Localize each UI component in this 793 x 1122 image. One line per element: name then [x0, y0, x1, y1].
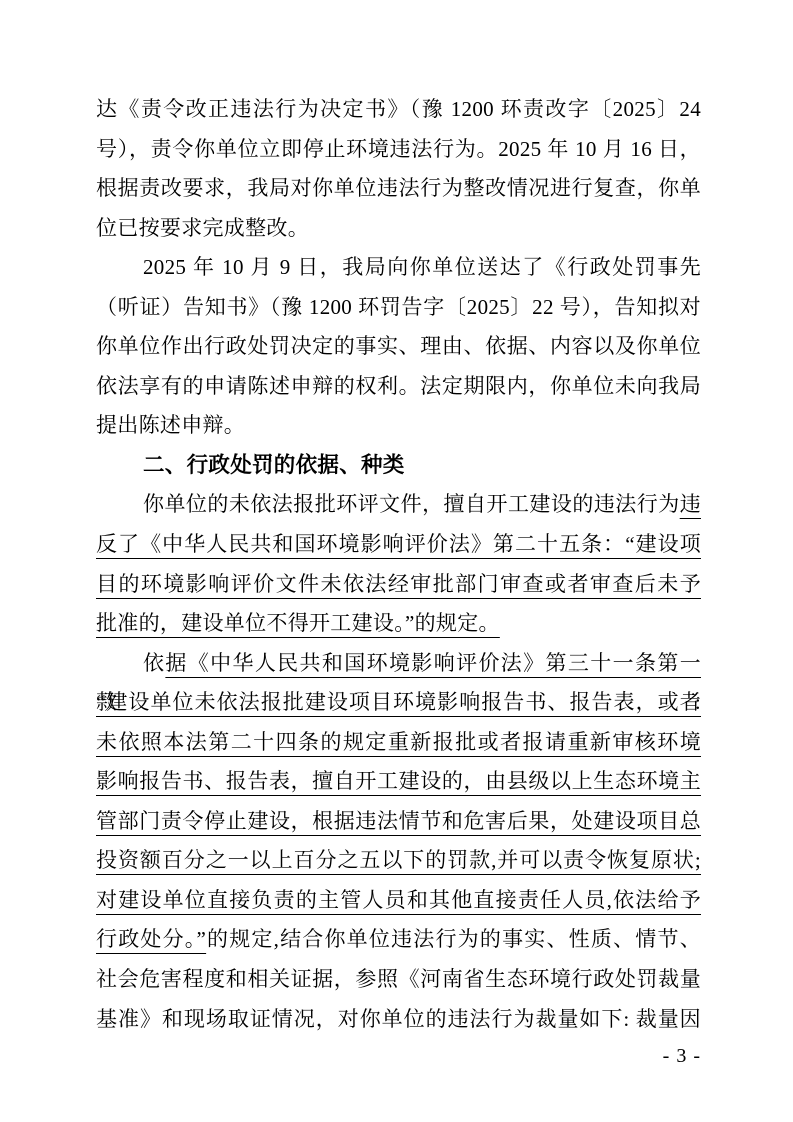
text-segment: 位已按要求完成整改。	[96, 216, 309, 240]
underlined-text: 目的环境影响评价文件未依法经审批部门审查或者审查后未予	[96, 572, 701, 596]
text-segment: 根据责改要求，我局对你单位违法行为整改情况进行复查，你单	[96, 176, 701, 200]
text-line: “建设单位未依法报批建设项目环境影响报告书、报告表，或者	[96, 683, 701, 723]
underlined-text: 批准的，建设单位不得开工建设。”的规定。	[96, 611, 500, 635]
text-line: 行政处分。”的规定,结合你单位违法行为的事实、性质、情节、	[96, 920, 701, 960]
text-line: 反了《中华人民共和国环境影响评价法》第二十五条：“建设项	[96, 525, 701, 565]
text-segment: 社会危害程度和相关证据，参照《河南省生态环境行政处罚裁量	[96, 967, 701, 991]
text-segment: （听证）告知书》（豫 1200 环罚告字〔2025〕22 号），告知拟对	[96, 295, 701, 319]
text-segment: 提出陈述申辩。	[96, 413, 245, 437]
text-line: 对建设单位直接负责的主管人员和其他直接责任人员,依法给予	[96, 881, 701, 921]
text-line: 根据责改要求，我局对你单位违法行为整改情况进行复查，你单	[96, 169, 701, 209]
text-segment: 二、行政处罚的依据、种类	[143, 453, 405, 477]
underlined-text: 反了《中华人民共和国环境影响评价法》第二十五条：“建设项	[96, 532, 701, 556]
text-line: 号），责令你单位立即停止环境违法行为。2025 年 10 月 16 日，	[96, 130, 701, 170]
document-body: 达《责令改正违法行为决定书》（豫 1200 环责改字〔2025〕24号），责令你…	[96, 90, 701, 1039]
text-segment: 你单位作出行政处罚决定的事实、理由、依据、内容以及你单位	[96, 334, 701, 358]
text-line: 基准》和现场取证情况，对你单位的违法行为裁量如下: 裁量因	[96, 1000, 701, 1040]
text-segment: 依法享有的申请陈述申辩的权利。法定期限内，你单位未向我局	[96, 374, 701, 398]
text-segment: 2025 年 10 月 9 日，我局向你单位送达了《行政处罚事先	[143, 255, 701, 279]
document-page: 达《责令改正违法行为决定书》（豫 1200 环责改字〔2025〕24号），责令你…	[0, 0, 793, 1122]
text-segment: 达《责令改正违法行为决定书》（豫 1200 环责改字〔2025〕24	[96, 97, 701, 121]
section-heading: 二、行政处罚的依据、种类	[96, 446, 701, 486]
text-line: 批准的，建设单位不得开工建设。”的规定。	[96, 604, 701, 644]
text-line: （听证）告知书》（豫 1200 环罚告字〔2025〕22 号），告知拟对	[96, 288, 701, 328]
text-line: 社会危害程度和相关证据，参照《河南省生态环境行政处罚裁量	[96, 960, 701, 1000]
text-line: 你单位的未依法报批环评文件，擅自开工建设的违法行为违	[96, 485, 701, 525]
underlined-text: “建设单位未依法报批建设项目环境影响报告书、报告表，或者	[96, 690, 701, 714]
text-line: 2025 年 10 月 9 日，我局向你单位送达了《行政处罚事先	[96, 248, 701, 288]
text-segment: 依	[143, 651, 165, 675]
text-segment: 基准》和现场取证情况，对你单位的违法行为裁量如下: 裁量因	[96, 1007, 701, 1031]
text-line: 依法享有的申请陈述申辩的权利。法定期限内，你单位未向我局	[96, 367, 701, 407]
text-line: 依据《中华人民共和国环境影响评价法》第三十一条第一款:	[96, 644, 701, 684]
text-line: 位已按要求完成整改。	[96, 209, 701, 249]
text-line: 管部门责令停止建设，根据违法情节和危害后果，处建设项目总	[96, 802, 701, 842]
text-line: 达《责令改正违法行为决定书》（豫 1200 环责改字〔2025〕24	[96, 90, 701, 130]
underlined-text: 投资额百分之一以上百分之五以下的罚款,并可以责令恢复原状;	[96, 848, 701, 872]
text-line: 未依照本法第二十四条的规定重新报批或者报请重新审核环境	[96, 723, 701, 763]
text-segment: 号），责令你单位立即停止环境违法行为。2025 年 10 月 16 日，	[96, 137, 701, 161]
underlined-text: 影响报告书、报告表，擅自开工建设的，由县级以上生态环境主	[96, 769, 701, 793]
text-line: 影响报告书、报告表，擅自开工建设的，由县级以上生态环境主	[96, 762, 701, 802]
text-line: 目的环境影响评价文件未依法经审批部门审查或者审查后未予	[96, 565, 701, 605]
underlined-text: 违	[680, 492, 701, 516]
text-line: 你单位作出行政处罚决定的事实、理由、依据、内容以及你单位	[96, 327, 701, 367]
underlined-text: 管部门责令停止建设，根据违法情节和危害后果，处建设项目总	[96, 809, 701, 833]
underlined-text: 未依照本法第二十四条的规定重新报批或者报请重新审核环境	[96, 730, 701, 754]
underlined-text: 行政处分。”	[96, 927, 206, 951]
page-number: - 3 -	[96, 1037, 701, 1076]
text-line: 投资额百分之一以上百分之五以下的罚款,并可以责令恢复原状;	[96, 841, 701, 881]
text-line: 提出陈述申辩。	[96, 406, 701, 446]
underlined-text: 对建设单位直接负责的主管人员和其他直接责任人员,依法给予	[96, 888, 701, 912]
text-segment: 你单位的未依法报批环评文件，擅自开工建设的违法行为	[143, 492, 680, 516]
text-segment: 的规定,结合你单位违法行为的事实、性质、情节、	[206, 927, 701, 951]
